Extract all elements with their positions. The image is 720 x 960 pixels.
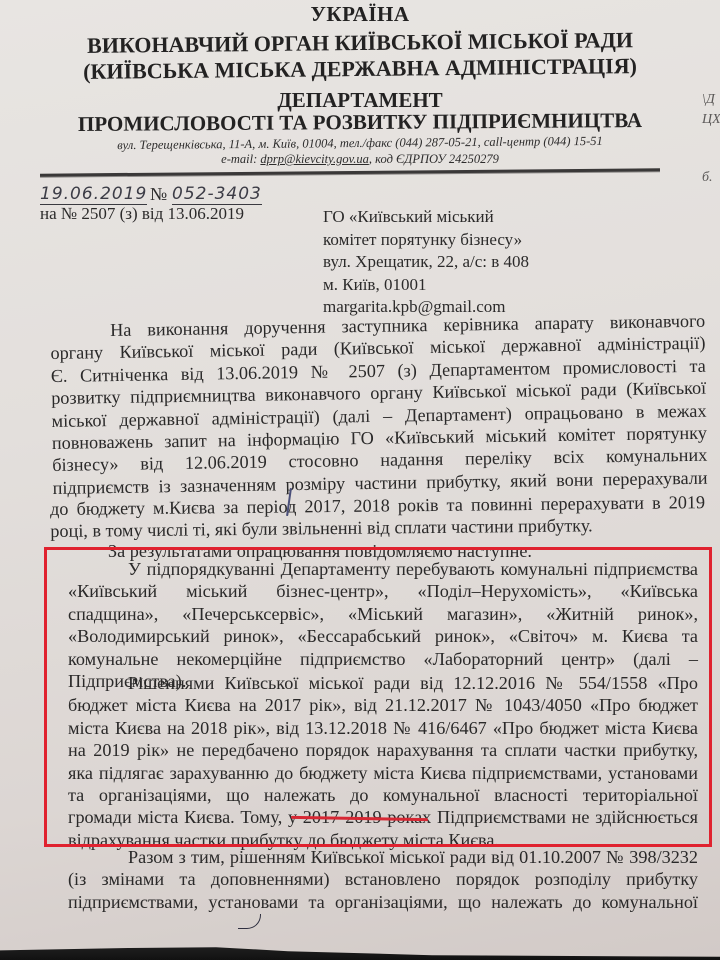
recipient-block: ГО «Київський міський комітет порятунку … (323, 206, 529, 319)
pen-tick-mark (238, 914, 261, 929)
number-sign: № (150, 184, 167, 205)
paragraph-1-end: до бюджету м.Києва за період 2017, 2018 … (50, 491, 705, 543)
header-country: УКРАЇНА (0, 2, 720, 27)
registration-number: 052-3403 (172, 184, 262, 205)
text-line: Разом з тим, рішенням Київської міської … (68, 846, 698, 868)
email-link[interactable]: dprp@kievcity.gov.ua (260, 152, 368, 166)
recipient-line: м. Київ, 01001 (323, 274, 529, 297)
header-contacts: e-mail: dprp@kievcity.gov.ua, код ЄДРПОУ… (0, 152, 720, 167)
registration-date: 19.06.2019 (40, 184, 147, 205)
recipient-line: вул. Хрещатик, 22, а/с: в 408 (323, 251, 529, 274)
paragraph-5: Разом з тим, рішенням Київської міської … (68, 846, 698, 913)
right-edge-fragment: \Д (702, 92, 715, 108)
reference-number: на № 2507 (з) від 13.06.2019 (40, 204, 244, 224)
header-divider (40, 168, 660, 176)
edrpou-code: , код ЄДРПОУ 24250279 (369, 152, 499, 166)
email-label: e-mail: (221, 152, 260, 166)
paragraph-1: На виконання доручення заступника керівн… (50, 310, 708, 500)
text-line: підприємствами, установами та організаці… (68, 891, 698, 913)
right-edge-fragment: б. (702, 170, 713, 186)
recipient-line: комітет порятунку бізнесу» (323, 229, 529, 252)
highlight-box (44, 547, 712, 847)
recipient-line: ГО «Київський міський (323, 206, 529, 229)
text-line: (із змінами та доповненнями) встановлено… (68, 868, 698, 890)
right-edge-fragment: ЦХ (702, 112, 720, 128)
document-page: УКРАЇНА ВИКОНАВЧИЙ ОРГАН КИЇВСЬКОЇ МІСЬК… (0, 0, 720, 960)
page-edge-shadow (0, 944, 720, 960)
